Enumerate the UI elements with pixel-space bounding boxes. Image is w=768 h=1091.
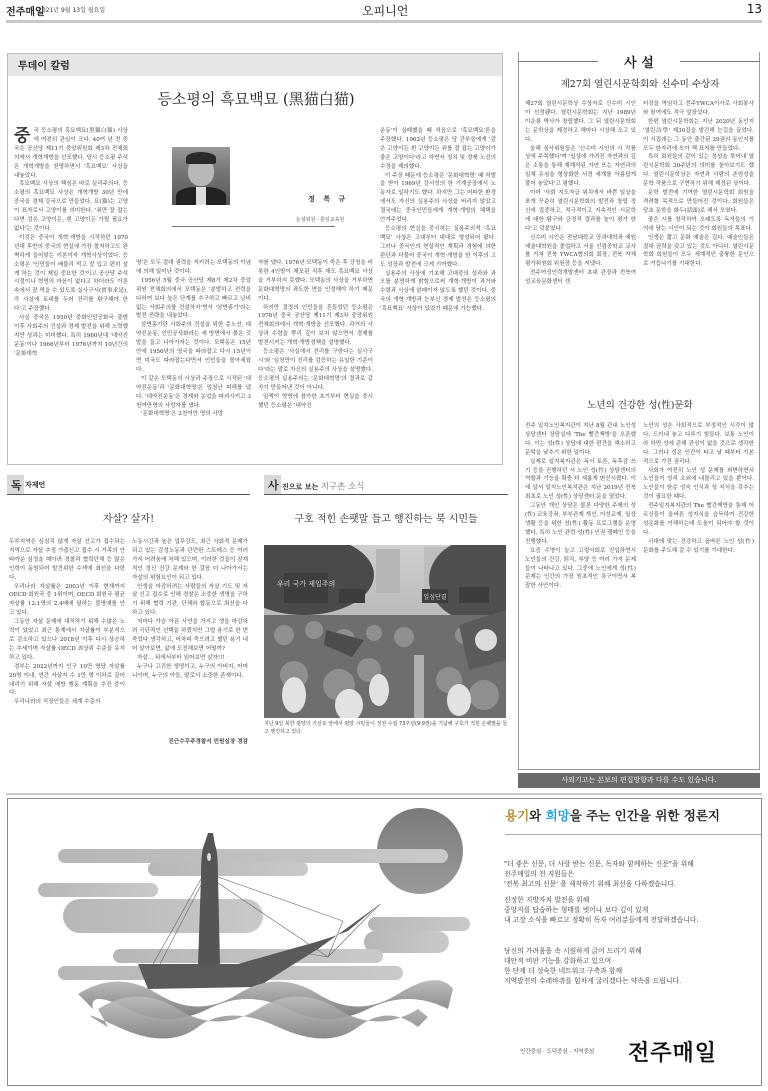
newspaper-logo: 전주매일	[628, 1036, 717, 1067]
author-photo	[172, 147, 230, 205]
svg-text:우리 국가 제일주의: 우리 국가 제일주의	[277, 579, 336, 588]
photo-news-title: 구호 적힌 손팻말 들고 행진하는 북 시민들	[264, 510, 508, 525]
ad-slogan-rule	[505, 834, 761, 835]
editorial-2-text-2: 노인의 성은 사회적으로 부정적인 시각이 많다. 드러내 놓고 다루기 힘들다…	[643, 422, 754, 762]
ad-slogan: 용기와 희망을 주는 인간을 위한 정론지	[505, 806, 720, 824]
reader-forum-title: 자살? 살자!	[7, 510, 250, 525]
author-name: 정 복 규	[308, 194, 348, 204]
editorial-1-text-2: 터장을 역임하고 전주YWCA이사로 사회봉사와 참여에도 적극 앞장섰다.한편…	[643, 100, 754, 382]
editorial-header: 사 설	[518, 52, 760, 70]
reader-forum-text-2: 노동시간과 높은 업무강도, 최근 사회적 문제가 되고 있는 감정노동과 관련…	[132, 538, 248, 738]
protest-photo: 우리 국가 제일주의 일심단결	[264, 545, 506, 718]
editorial-box: 사 설 제27회 열린시문학회와 신수미 수상자 제27회 열린시문학상 수상자…	[518, 52, 760, 770]
section-title: 오피니언	[362, 2, 408, 19]
ad-paragraph-3: 당신의 가려움을 속 시원하게 긁어 드리기 위해 대안적 비판 기능을 강화하…	[504, 946, 681, 986]
today-column-header: 투데이 칼럼	[8, 54, 502, 76]
author-role: 논설위원 · 통일교육원	[296, 216, 344, 223]
masthead-date: 2021년 9월 13일 월요일	[38, 5, 105, 14]
reader-forum-text-1: 두루지역은 심심치 않게 자살 신고가 접수되는 지역으로 자살 추정 가출신고…	[9, 538, 125, 748]
pen-nib-ship-illustration	[8, 799, 506, 1086]
masthead: 전주매일 2021년 9월 13일 월요일 오피니언 13	[0, 0, 768, 24]
ad-motto: 인간중심 · 도덕중심 · 지역중심	[520, 1047, 594, 1055]
editorial-1-text-1: 제27회 열린시문학상 수상자로 신수미 시인이 선정됐다. 열린시문학회는 지…	[525, 100, 636, 382]
editorial-title-1: 제27회 열린시문학회와 신수미 수상자	[519, 76, 761, 90]
today-column-text-4: 운동'이 실패했을 때 처음으로 '흑묘백묘'론을 주장했다. 1962년 등소…	[380, 127, 496, 462]
editorial-title-2: 노년의 건강한 성(性)문화	[519, 397, 761, 411]
author-divider	[172, 226, 335, 227]
today-column-text-1: 중 국 등소평의 흑묘백묘(黑猫白猫) 사상에 여전히 관심이 크다. 40여 …	[14, 127, 128, 462]
photo-caption: 지난 9일 북한 평양의 가선로 앞에서 평양 시민들이 정권 수립 73주년(…	[264, 720, 508, 736]
reader-forum-header: 독 자제언	[7, 475, 250, 495]
contributor-notice: 사외기고는 본보의 편집방향과 다를 수도 있습니다.	[518, 773, 760, 788]
editorial-2-text-1: 전주 일지노인복지관이 지난 8월 관내 노인성상담센터 상담실에 'The 빨…	[525, 422, 636, 762]
today-column-text-2: 명'은 모두 절대 권력을 지키려는 모택동의 이념에 의해 일어난 것이다.1…	[136, 259, 251, 462]
today-column: 투데이 칼럼 등소평의 흑묘백묘 (黑猫白猫) 중 국 등소평의 흑묘백묘(黑猫…	[7, 53, 503, 465]
photo-news-header: 사 진으로 보는 지구촌 소식	[264, 475, 508, 495]
ad-paragraph-2: 진정한 지방자치 발전을 위해 중앙지를 답습하는 형태를 벗어나 보다 깊이 …	[504, 895, 699, 925]
ad-paragraph-1: "더 좋은 신문, 더 사랑 받는 신문, 독자와 함께하는 신문"을 위해 전…	[504, 859, 694, 889]
today-column-title: 등소평의 흑묘백묘 (黑猫白猫)	[8, 88, 504, 109]
reader-forum-signature: 진근수무주경찰서 민원실장 경감	[140, 738, 248, 747]
page-number: 13	[747, 2, 762, 16]
masthead-rule	[6, 20, 762, 23]
section-divider	[6, 793, 762, 795]
svg-text:일심단결: 일심단결	[423, 593, 446, 601]
photo-scene: 우리 국가 제일주의 일심단결	[264, 545, 506, 718]
today-column-text-3: 자를 냈다. 1976년 모택동이 죽은 후 강청을 비롯한 4인방이 체포된 …	[258, 259, 373, 462]
dropcap: 중	[14, 128, 30, 144]
